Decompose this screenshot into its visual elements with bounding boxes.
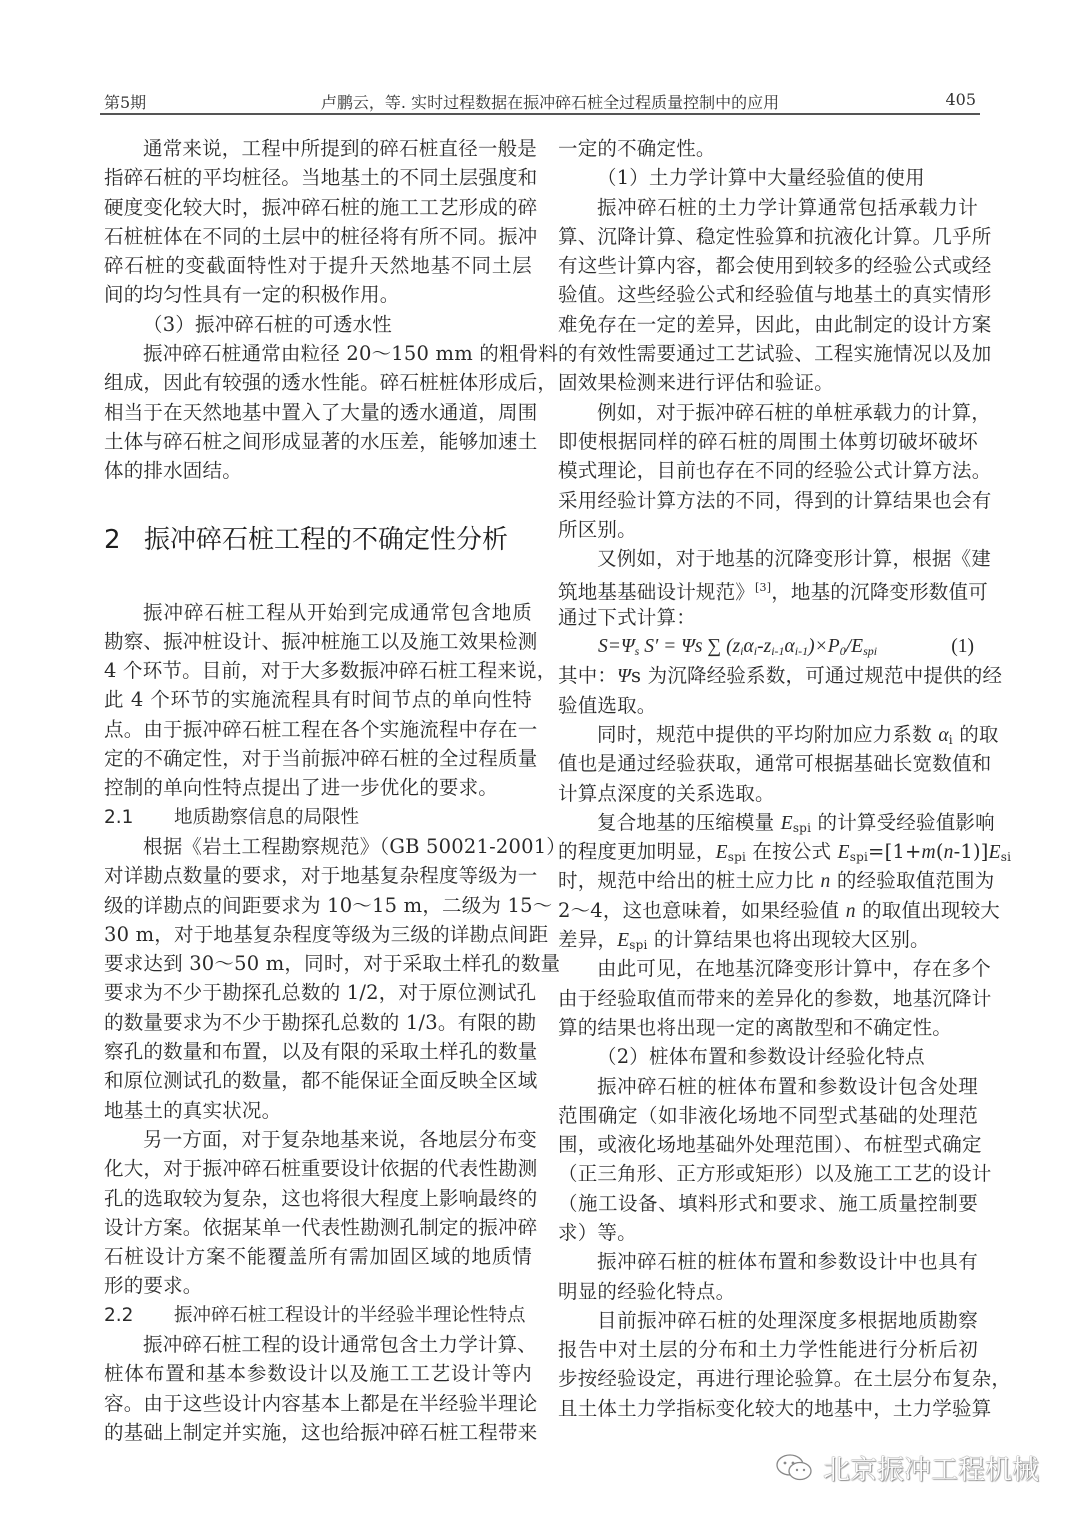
section-title: 地质勘察信息的局限性 xyxy=(174,807,359,828)
section-title: 振冲碎石桩工程的不确定性分析 xyxy=(144,525,508,555)
text-line: 通常来说，工程中所提到的碎石桩直径一般是 xyxy=(104,134,532,163)
paragraph: 通常来说，工程中所提到的碎石桩直径一般是指碎石桩的平均桩径。当地基土的不同土层强… xyxy=(104,134,532,310)
text-line: 振冲碎石桩的桩体布置和参数设计包含处理 xyxy=(558,1072,978,1101)
text-line: 模式理论，目前也存在不同的经验公式计算方法。 xyxy=(558,456,978,485)
text-line: 桩体布置和基本参数设计以及施工工艺设计等内 xyxy=(104,1359,532,1388)
text-line: 验值。这些经验公式和经验值与地基土的真实情形 xyxy=(558,280,978,309)
text-line: 孔的选取较为复杂，这也将很大程度上影响最终的 xyxy=(104,1184,532,1213)
text-line: 体的排水固结。 xyxy=(104,456,532,485)
text-line: 另一方面，对于复杂地基来说，各地层分布变 xyxy=(104,1125,532,1154)
text-line: 目前振冲碎石桩的处理深度多根据地质勘察 xyxy=(558,1306,978,1335)
text-line: 地基土的真实状况。 xyxy=(104,1096,532,1125)
paragraph: 同时，规范中提供的平均附加应力系数 αi 的取值也是通过经验获取，通常可根据基础… xyxy=(558,720,978,808)
text-line: 值也是通过经验获取，通常可根据基础长宽数值和 xyxy=(558,749,978,778)
text-line: 石桩设计方案不能覆盖所有需加固区域的地质情 xyxy=(104,1242,532,1271)
section-heading-2: 2振冲碎石桩工程的不确定性分析 xyxy=(104,486,532,598)
paragraph: 另一方面，对于复杂地基来说，各地层分布变化大，对于振冲碎石桩重要设计依据的代表性… xyxy=(104,1125,532,1301)
text-line: 振冲碎石桩工程的设计通常包含土力学计算、 xyxy=(104,1330,532,1359)
text-line: 筑地基基础设计规范》[3]，地基的沉降变形数值可 xyxy=(558,573,978,602)
text-line: 碎石桩的变截面特性对于提升天然地基不同土层 xyxy=(104,251,532,280)
text-line: 容。由于这些设计内容基本上都是在半经验半理论 xyxy=(104,1389,532,1418)
text-line: 组成，因此有较强的透水性能。碎石桩桩体形成后， xyxy=(104,368,532,397)
text-line: 由于经验取值而带来的差异化的参数，地基沉降计 xyxy=(558,984,978,1013)
text-line: 勘察、振冲桩设计、振冲桩施工以及施工效果检测 xyxy=(104,627,532,656)
text-line: 又例如，对于地基的沉降变形计算，根据《建 xyxy=(558,544,978,573)
text-line: 围，或液化场地基础外处理范围）、布桩型式确定 xyxy=(558,1130,978,1159)
page-number: 405 xyxy=(945,90,976,109)
watermark: 北京振冲工程机械 xyxy=(775,1448,1039,1482)
running-head: 第5期 卢鹏云，等. 实时过程数据在振冲碎石桩全过程质量控制中的应用 405 xyxy=(100,88,980,112)
text-line: 间的均匀性具有一定的积极作用。 xyxy=(104,280,532,309)
text-line: 难免存在一定的差异，因此，由此制定的设计方案 xyxy=(558,310,978,339)
text-line: 同时，规范中提供的平均附加应力系数 αi 的取 xyxy=(558,720,978,749)
text-line: 计算点深度的关系选取。 xyxy=(558,779,978,808)
text-line: 明显的经验化特点。 xyxy=(558,1277,978,1306)
paragraph: 振冲碎石桩的土力学计算通常包括承载力计算、沉降计算、稳定性验算和抗液化计算。几乎… xyxy=(558,193,978,398)
text-line: 要求为不少于勘探孔总数的 1/2，对于原位测试孔 xyxy=(104,978,532,1007)
text-line: 报告中对土层的分布和土力学性能进行分析后初 xyxy=(558,1335,978,1364)
paragraph: 振冲碎石桩的桩体布置和参数设计包含处理范围确定（如非液化场地不同型式基础的处理范… xyxy=(558,1072,978,1248)
text-line: 相当于在天然地基中置入了大量的透水通道，周围 xyxy=(104,398,532,427)
text-line: 此 4 个环节的实施流程具有时间节点的单向性特 xyxy=(104,685,532,714)
equation-1: S=Ψs S′ = Ψs ∑ (ziαi-zi-1αi-1)×P0/Espi (… xyxy=(558,632,978,661)
text-line: 振冲碎石桩通常由粒径 20～150 mm 的粗骨料 xyxy=(104,339,532,368)
text-line: 范围确定（如非液化场地不同型式基础的处理范 xyxy=(558,1101,978,1130)
text-line: 例如，对于振冲碎石桩的单桩承载力的计算， xyxy=(558,398,978,427)
text-line: 指碎石桩的平均桩径。当地基土的不同土层强度和 xyxy=(104,163,532,192)
text-line: 和原位测试孔的数量，都不能保证全面反映全区域 xyxy=(104,1066,532,1095)
text-line: 的程度更加明显，Espi 在按公式 Espi=[1+m(n-1)]Esi xyxy=(558,837,978,866)
issue-label: 第5期 xyxy=(104,90,146,113)
text-line: 点。由于振冲碎石桩工程在各个实施流程中存在一 xyxy=(104,715,532,744)
section-number: 2 xyxy=(104,486,144,594)
text-line: 算的结果也将出现一定的离散型和不确定性。 xyxy=(558,1013,978,1042)
text-line: 差异，Espi 的计算结果也将出现较大区别。 xyxy=(558,925,978,954)
text-line: 察孔的数量和布置，以及有限的采取土样孔的数量 xyxy=(104,1037,532,1066)
section-number: 2.2 xyxy=(104,1301,174,1330)
paragraph: 又例如，对于地基的沉降变形计算，根据《建筑地基基础设计规范》[3]，地基的沉降变… xyxy=(558,544,978,632)
text-line: 固效果检测来进行评估和验证。 xyxy=(558,368,978,397)
text-line: 验值选取。 xyxy=(558,691,978,720)
text-line: 的数量要求为不少于勘探孔总数的 1/3。有限的勘 xyxy=(104,1008,532,1037)
article-running-title: 卢鹏云，等. 实时过程数据在振冲碎石桩全过程质量控制中的应用 xyxy=(310,90,790,113)
section-heading-2-1: 2.1地质勘察信息的局限性 xyxy=(104,803,532,832)
text-line: 级的详勘点的间距要求为 10～15 m，二级为 15～ xyxy=(104,891,532,920)
text-line: 2～4，这也意味着，如果经验值 n 的取值出现较大 xyxy=(558,896,978,925)
text-line: 的基础上制定并实施，这也给振冲碎石桩工程带来 xyxy=(104,1418,532,1447)
right-column: 一定的不确定性。 （1）土力学计算中大量经验值的使用 振冲碎石桩的土力学计算通常… xyxy=(558,134,978,1423)
paragraph-continuation: 一定的不确定性。 xyxy=(558,134,978,163)
paragraph: 复合地基的压缩模量 Espi 的计算受经验值影响的程度更加明显，Espi 在按公… xyxy=(558,808,978,954)
subheading-1: （1）土力学计算中大量经验值的使用 xyxy=(558,163,978,192)
text-line: 硬度变化较大时，振冲碎石桩的施工工艺形成的碎 xyxy=(104,193,532,222)
watermark-text: 北京振冲工程机械 xyxy=(823,1455,1039,1486)
section-heading-2-2: 2.2振冲碎石桩工程设计的半经验半理论性特点 xyxy=(104,1301,532,1330)
paragraph: 振冲碎石桩工程的设计通常包含土力学计算、桩体布置和基本参数设计以及施工工艺设计等… xyxy=(104,1330,532,1447)
text-line: 时，规范中给出的桩土应力比 n 的经验取值范围为 xyxy=(558,866,978,895)
text-line: 形的要求。 xyxy=(104,1271,532,1300)
text-line: 4 个环节。目前，对于大多数振冲碎石桩工程来说， xyxy=(104,656,532,685)
text-line: 的有效性需要通过工艺试验、工程实施情况以及加 xyxy=(558,339,978,368)
text-line: 根据《岩土工程勘察规范》（GB 50021-2001） xyxy=(104,832,532,861)
wechat-icon xyxy=(775,1453,815,1483)
subheading-3: （3）振冲碎石桩的可透水性 xyxy=(104,310,532,339)
header-rule xyxy=(100,113,980,115)
text-line: 算、沉降计算、稳定性验算和抗液化计算。几乎所 xyxy=(558,222,978,251)
formula-expression: S=Ψs S′ = Ψs ∑ (ziαi-zi-1αi-1)×P0/Espi xyxy=(598,632,877,661)
text-line: 采用经验计算方法的不同，得到的计算结果也会有 xyxy=(558,486,978,515)
text-line: 步按经验设定，再进行理论验算。在土层分布复杂， xyxy=(558,1364,978,1393)
text-line: 其中：Ψs 为沉降经验系数，可通过规范中提供的经 xyxy=(558,661,978,690)
text-line: （施工设备、填料形式和要求、施工质量控制要 xyxy=(558,1189,978,1218)
text-line: 30 m，对于地基复杂程度等级为三级的详勘点间距 xyxy=(104,920,532,949)
text-line: 土体与碎石桩之间形成显著的水压差，能够加速土 xyxy=(104,427,532,456)
text-line: 由此可见，在地基沉降变形计算中，存在多个 xyxy=(558,954,978,983)
text-line: 设计方案。依据某单一代表性勘测孔制定的振冲碎 xyxy=(104,1213,532,1242)
text-line: （正三角形、正方形或矩形）以及施工工艺的设计 xyxy=(558,1159,978,1188)
section-number: 2.1 xyxy=(104,803,174,832)
text-line: 有这些计算内容，都会使用到较多的经验公式或经 xyxy=(558,251,978,280)
text-line: 即使根据同样的碎石桩的周围土体剪切破坏破坏 xyxy=(558,427,978,456)
text-line: 定的不确定性，对于当前振冲碎石桩的全过程质量 xyxy=(104,744,532,773)
paragraph: 振冲碎石桩工程从开始到完成通常包含地质勘察、振冲桩设计、振冲桩施工以及施工效果检… xyxy=(104,598,532,803)
paragraph: 目前振冲碎石桩的处理深度多根据地质勘察报告中对土层的分布和土力学性能进行分析后初… xyxy=(558,1306,978,1423)
paragraph: 其中：Ψs 为沉降经验系数，可通过规范中提供的经验值选取。 xyxy=(558,661,978,720)
text-line: 通过下式计算： xyxy=(558,603,978,632)
paragraph: 振冲碎石桩通常由粒径 20～150 mm 的粗骨料组成，因此有较强的透水性能。碎… xyxy=(104,339,532,485)
left-column: 通常来说，工程中所提到的碎石桩直径一般是指碎石桩的平均桩径。当地基土的不同土层强… xyxy=(104,134,532,1447)
subheading-2: （2）桩体布置和参数设计经验化特点 xyxy=(558,1042,978,1071)
section-title: 振冲碎石桩工程设计的半经验半理论性特点 xyxy=(174,1305,526,1326)
text-line: 石桩桩体在不同的土层中的桩径将有所不同。振冲 xyxy=(104,222,532,251)
text-line: 振冲碎石桩工程从开始到完成通常包含地质 xyxy=(104,598,532,627)
text-line: 求）等。 xyxy=(558,1218,978,1247)
text-line: 对详勘点数量的要求，对于地基复杂程度等级为一 xyxy=(104,861,532,890)
text-line: 且土体土力学指标变化较大的地基中，土力学验算 xyxy=(558,1394,978,1423)
text-line: 控制的单向性特点提出了进一步优化的要求。 xyxy=(104,773,532,802)
text-line: 所区别。 xyxy=(558,515,978,544)
text-line: 一定的不确定性。 xyxy=(558,134,978,163)
paragraph: 由此可见，在地基沉降变形计算中，存在多个由于经验取值而带来的差异化的参数，地基沉… xyxy=(558,954,978,1042)
paragraph: 振冲碎石桩的桩体布置和参数设计中也具有明显的经验化特点。 xyxy=(558,1247,978,1306)
text-line: 化大，对于振冲碎石桩重要设计依据的代表性勘测 xyxy=(104,1154,532,1183)
text-line: 要求达到 30～50 m，同时，对于采取土样孔的数量 xyxy=(104,949,532,978)
equation-number: (1) xyxy=(951,632,974,661)
text-line: 振冲碎石桩的桩体布置和参数设计中也具有 xyxy=(558,1247,978,1276)
text-line: 振冲碎石桩的土力学计算通常包括承载力计 xyxy=(558,193,978,222)
text-line: 复合地基的压缩模量 Espi 的计算受经验值影响 xyxy=(558,808,978,837)
paragraph: 例如，对于振冲碎石桩的单桩承载力的计算，即使根据同样的碎石桩的周围土体剪切破坏破… xyxy=(558,398,978,544)
paragraph: 根据《岩土工程勘察规范》（GB 50021-2001）对详勘点数量的要求，对于地… xyxy=(104,832,532,1125)
